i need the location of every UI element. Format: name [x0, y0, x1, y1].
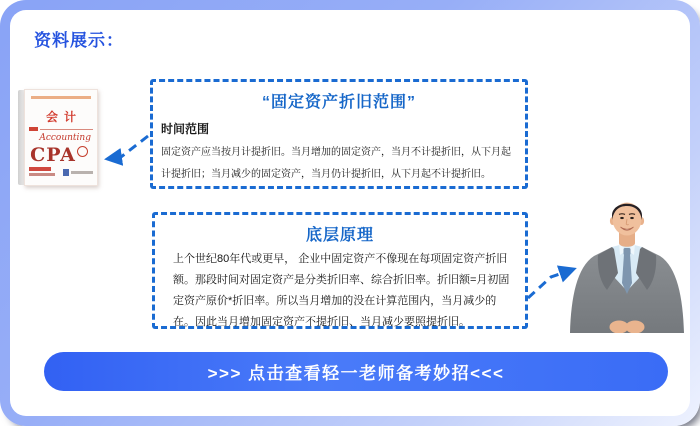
tie-knot	[624, 248, 631, 255]
book-band-decoration	[29, 127, 92, 131]
underlying-principle-box: 底层原理 上个世纪80年代或更早， 企业中固定资产不像现在每项固定资产折旧额。那…	[152, 212, 528, 329]
box1-body: 固定资产应当按月计提折旧。当月增加的固定资产，当月不计提折旧，从下月起计提折旧；…	[161, 142, 517, 186]
book-band-tag	[29, 127, 38, 131]
box2-title: 底层原理	[155, 222, 525, 245]
eyebrow-right	[629, 214, 635, 215]
book-footer-redtext2	[29, 173, 55, 176]
book-band-line	[40, 129, 92, 130]
book-series-row: CPA	[25, 144, 93, 166]
book-series-label: CPA	[30, 144, 76, 166]
publisher-logo-icon	[63, 169, 69, 176]
publisher-text	[71, 171, 93, 174]
section-title: 资料展示：	[34, 26, 124, 51]
cpa-textbook-image: 会计 Accounting CPA	[18, 89, 98, 186]
promo-banner: 资料展示： 会计 Accounting CPA “固定资产折旧范围” 时间	[0, 0, 700, 426]
cta-button[interactable]: >>> 点击查看轻一老师备考妙招<<<	[44, 352, 668, 391]
book-stamp-icon	[77, 146, 88, 157]
book-title: 会计	[25, 108, 97, 125]
book-footer-redtext	[29, 167, 51, 171]
book-topline-decoration	[31, 96, 92, 99]
book-cover: 会计 Accounting CPA	[24, 89, 98, 186]
box1-title: “固定资产折旧范围”	[153, 89, 525, 112]
book-footer-decoration	[29, 167, 92, 179]
book-subtitle-english: Accounting	[39, 133, 91, 143]
eye-left	[620, 217, 624, 219]
eye-right	[630, 217, 634, 219]
hand-right	[626, 321, 645, 334]
teacher-photo	[564, 193, 690, 333]
box1-subtitle: 时间范围	[161, 120, 525, 137]
eyebrow-left	[619, 214, 625, 215]
depreciation-scope-box: “固定资产折旧范围” 时间范围 固定资产应当按月计提折旧。当月增加的固定资产，当…	[150, 79, 528, 189]
box2-body: 上个世纪80年代或更早， 企业中固定资产不像现在每项固定资产折旧额。那段时间对固…	[173, 249, 515, 333]
